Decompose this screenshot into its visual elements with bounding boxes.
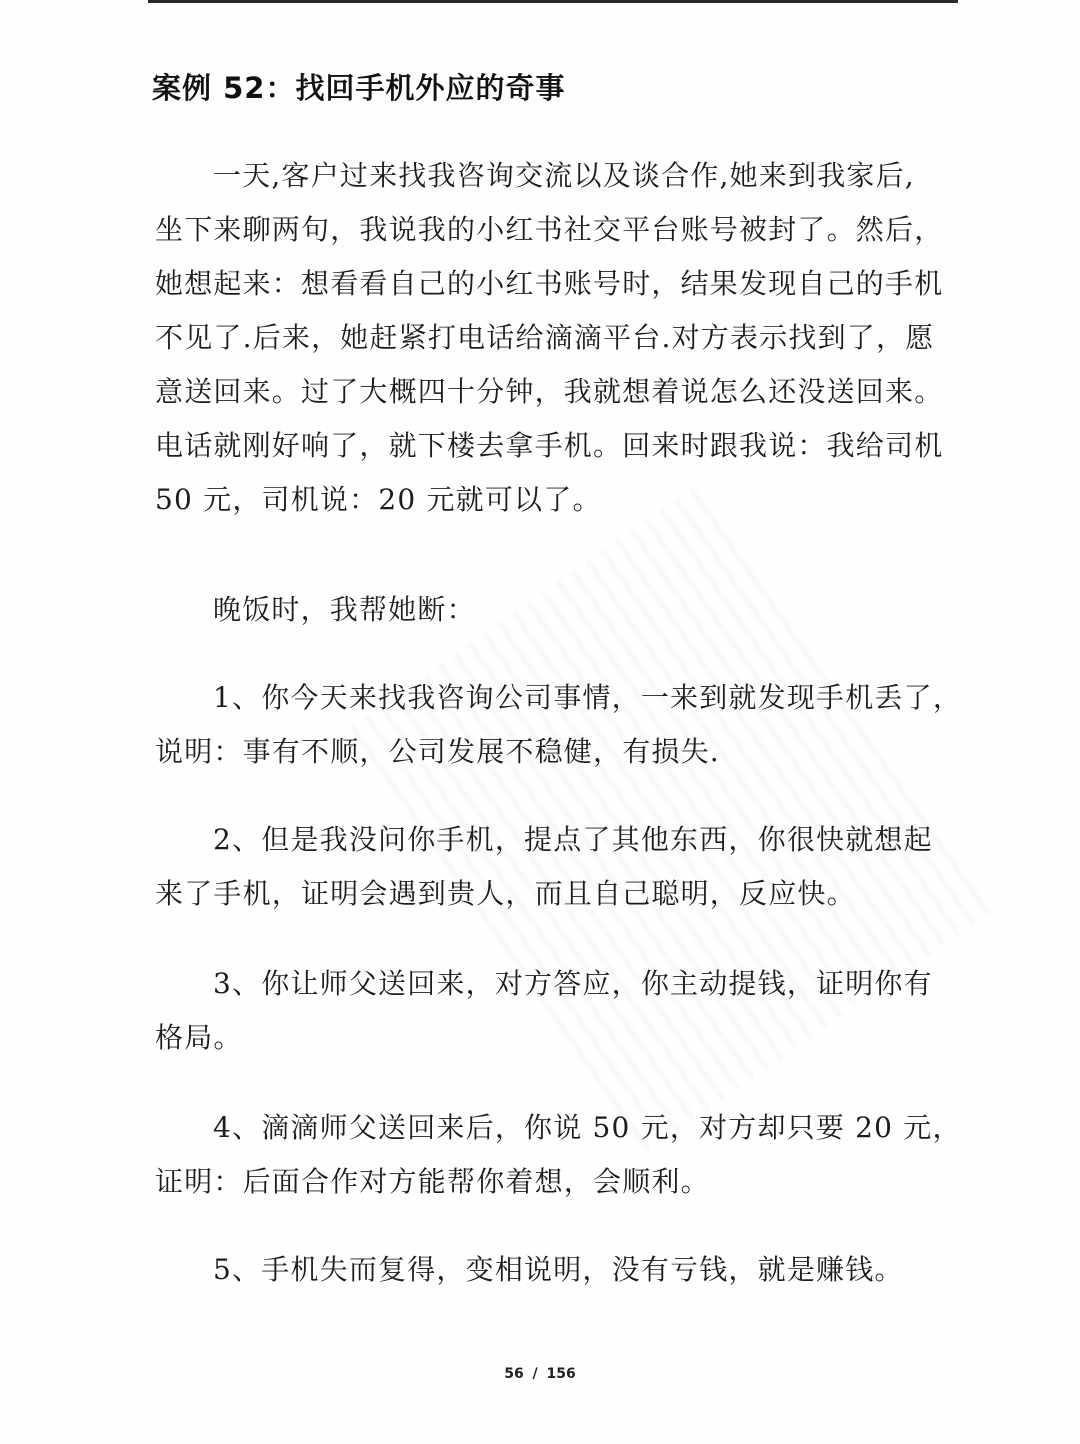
item-4-line-1: 4、滴滴师父送回来后，你说 50 元，对方却只要 20 元， — [213, 1110, 1013, 1146]
item-5-line-1: 5、手机失而复得，变相说明，没有亏钱，就是赚钱。 — [213, 1252, 1013, 1288]
item-1-line-2: 说明：事有不顺，公司发展不稳健，有损失. — [155, 734, 955, 770]
paragraph-1-line-2: 坐下来聊两句，我说我的小红书社交平台账号被封了。然后， — [155, 212, 955, 248]
item-2-line-1: 2、但是我没问你手机，提点了其他东西，你很快就想起 — [213, 822, 1013, 858]
paragraph-1-line-5: 意送回来。过了大概四十分钟，我就想着说怎么还没送回来。 — [155, 374, 955, 410]
paragraph-1-line-4: 不见了.后来，她赶紧打电话给滴滴平台.对方表示找到了，愿 — [155, 320, 955, 356]
page-number: 56 / 156 — [0, 1366, 1080, 1382]
header-rule — [148, 0, 958, 3]
paragraph-1-line-7: 50 元，司机说：20 元就可以了。 — [155, 482, 955, 518]
item-3-line-1: 3、你让师父送回来，对方答应，你主动提钱，证明你有 — [213, 966, 1013, 1002]
paragraph-1-line-3: 她想起来：想看看自己的小红书账号时，结果发现自己的手机 — [155, 266, 955, 302]
item-3-line-2: 格局。 — [155, 1020, 955, 1056]
item-1-line-1: 1、你今天来找我咨询公司事情，一来到就发现手机丢了， — [213, 680, 1013, 716]
paragraph-2-line-1: 晚饭时，我帮她断： — [213, 592, 1013, 628]
page-title: 案例 52：找回手机外应的奇事 — [152, 66, 565, 107]
item-2-line-2: 来了手机，证明会遇到贵人，而且自己聪明，反应快。 — [155, 876, 955, 912]
item-4-line-2: 证明：后面合作对方能帮你着想，会顺利。 — [155, 1164, 955, 1200]
paragraph-1-line-6: 电话就刚好响了，就下楼去拿手机。回来时跟我说：我给司机 — [155, 428, 955, 464]
paragraph-1-line-1: 一天,客户过来找我咨询交流以及谈合作,她来到我家后, — [213, 158, 1013, 194]
